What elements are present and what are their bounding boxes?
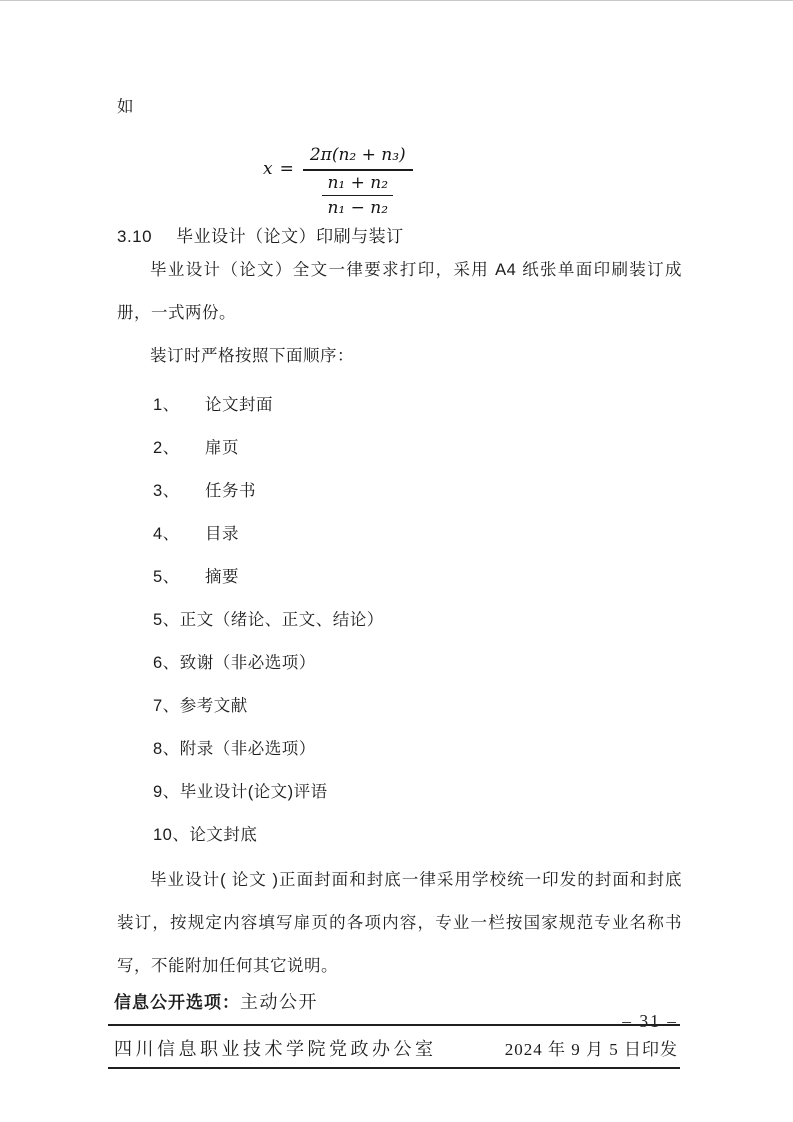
lead-text: 如 xyxy=(117,97,682,117)
list-item: 5、摘要 xyxy=(117,556,682,599)
issuer-row: 四川信息职业技术学院党政办公室 2024 年 9 月 5 日印发 xyxy=(108,1026,680,1069)
list-item-text: 论文封底 xyxy=(189,826,257,844)
section-number: 3.10 xyxy=(117,225,152,249)
section-title: 毕业设计（论文）印刷与装订 xyxy=(176,225,404,249)
publicity-value: 主动公开 xyxy=(240,992,318,1012)
list-item-number: 1、 xyxy=(153,384,205,427)
list-item-text: 论文封面 xyxy=(205,396,273,414)
fraction: 2π(n₂ + n₃) n₁ + n₂ n₁ − n₂ xyxy=(303,145,413,217)
page-number: – 31 – xyxy=(622,1011,678,1031)
list-item-number: 6、 xyxy=(153,642,180,685)
publicity-row: 信息公开选项：主动公开 – 31 – xyxy=(108,991,680,1026)
list-item-number: 7、 xyxy=(153,685,180,728)
list-item: 5、正文（绪论、正文、结论） xyxy=(117,599,682,642)
inner-fraction-numerator: n₁ + n₂ xyxy=(322,174,393,196)
list-item-text: 致谢（非必选项） xyxy=(180,654,316,672)
list-item-text: 任务书 xyxy=(205,482,256,500)
binding-order-list: 1、论文封面 2、扉页 3、任务书 4、目录 5、摘要 5、正文（绪论、正文、结… xyxy=(117,384,682,857)
list-item-text: 扉页 xyxy=(205,439,239,457)
list-item: 4、目录 xyxy=(117,513,682,556)
formula: x= 2π(n₂ + n₃) n₁ + n₂ n₁ − n₂ xyxy=(263,145,682,217)
list-item: 1、论文封面 xyxy=(117,384,682,427)
list-item-number: 2、 xyxy=(153,427,205,470)
section-heading: 3.10 毕业设计（论文）印刷与装订 xyxy=(117,225,682,249)
list-item-number: 5、 xyxy=(153,599,180,642)
paragraph-binding-order-intro: 装订时严格按照下面顺序： xyxy=(117,335,682,378)
list-item-number: 5、 xyxy=(153,556,205,599)
document-body: 如 x= 2π(n₂ + n₃) n₁ + n₂ n₁ − n₂ 3.10 毕业… xyxy=(117,0,682,988)
list-item: 3、任务书 xyxy=(117,470,682,513)
inner-fraction-denominator: n₁ − n₂ xyxy=(327,196,388,217)
list-item-number: 3、 xyxy=(153,470,205,513)
list-item: 10、论文封底 xyxy=(117,814,682,857)
fraction-denominator: n₁ + n₂ n₁ − n₂ xyxy=(322,171,393,217)
list-item: 9、毕业设计(论文)评语 xyxy=(117,771,682,814)
list-item-number: 10、 xyxy=(153,814,189,857)
list-item-text: 目录 xyxy=(205,525,239,543)
list-item-text: 参考文献 xyxy=(180,697,248,715)
list-item-number: 4、 xyxy=(153,513,205,556)
issue-date: 2024 年 9 月 5 日印发 xyxy=(505,1039,678,1061)
document-footer: 信息公开选项：主动公开 – 31 – 四川信息职业技术学院党政办公室 2024 … xyxy=(108,991,680,1069)
fraction-numerator: 2π(n₂ + n₃) xyxy=(303,145,413,171)
list-item: 8、附录（非必选项） xyxy=(117,728,682,771)
list-item: 6、致谢（非必选项） xyxy=(117,642,682,685)
list-item: 7、参考文献 xyxy=(117,685,682,728)
formula-lhs: x= xyxy=(263,159,294,179)
list-item: 2、扉页 xyxy=(117,427,682,470)
list-item-text: 正文（绪论、正文、结论） xyxy=(180,611,384,629)
issuer-name: 四川信息职业技术学院党政办公室 xyxy=(114,1038,437,1060)
equals-sign: = xyxy=(280,159,294,179)
formula-variable: x xyxy=(263,159,273,179)
paragraph-print-requirement: 毕业设计（论文）全文一律要求打印，采用 A4 纸张单面印刷装订成册，一式两份。 xyxy=(117,249,682,335)
paragraph-cover-requirement: 毕业设计( 论文 )正面封面和封底一律采用学校统一印发的封面和封底装订，按规定内… xyxy=(117,859,682,988)
publicity-label: 信息公开选项： xyxy=(114,993,240,1012)
list-item-text: 附录（非必选项） xyxy=(180,740,316,758)
list-item-text: 摘要 xyxy=(205,568,239,586)
list-item-number: 9、 xyxy=(153,771,180,814)
list-item-number: 8、 xyxy=(153,728,180,771)
list-item-text: 毕业设计(论文)评语 xyxy=(180,783,328,801)
